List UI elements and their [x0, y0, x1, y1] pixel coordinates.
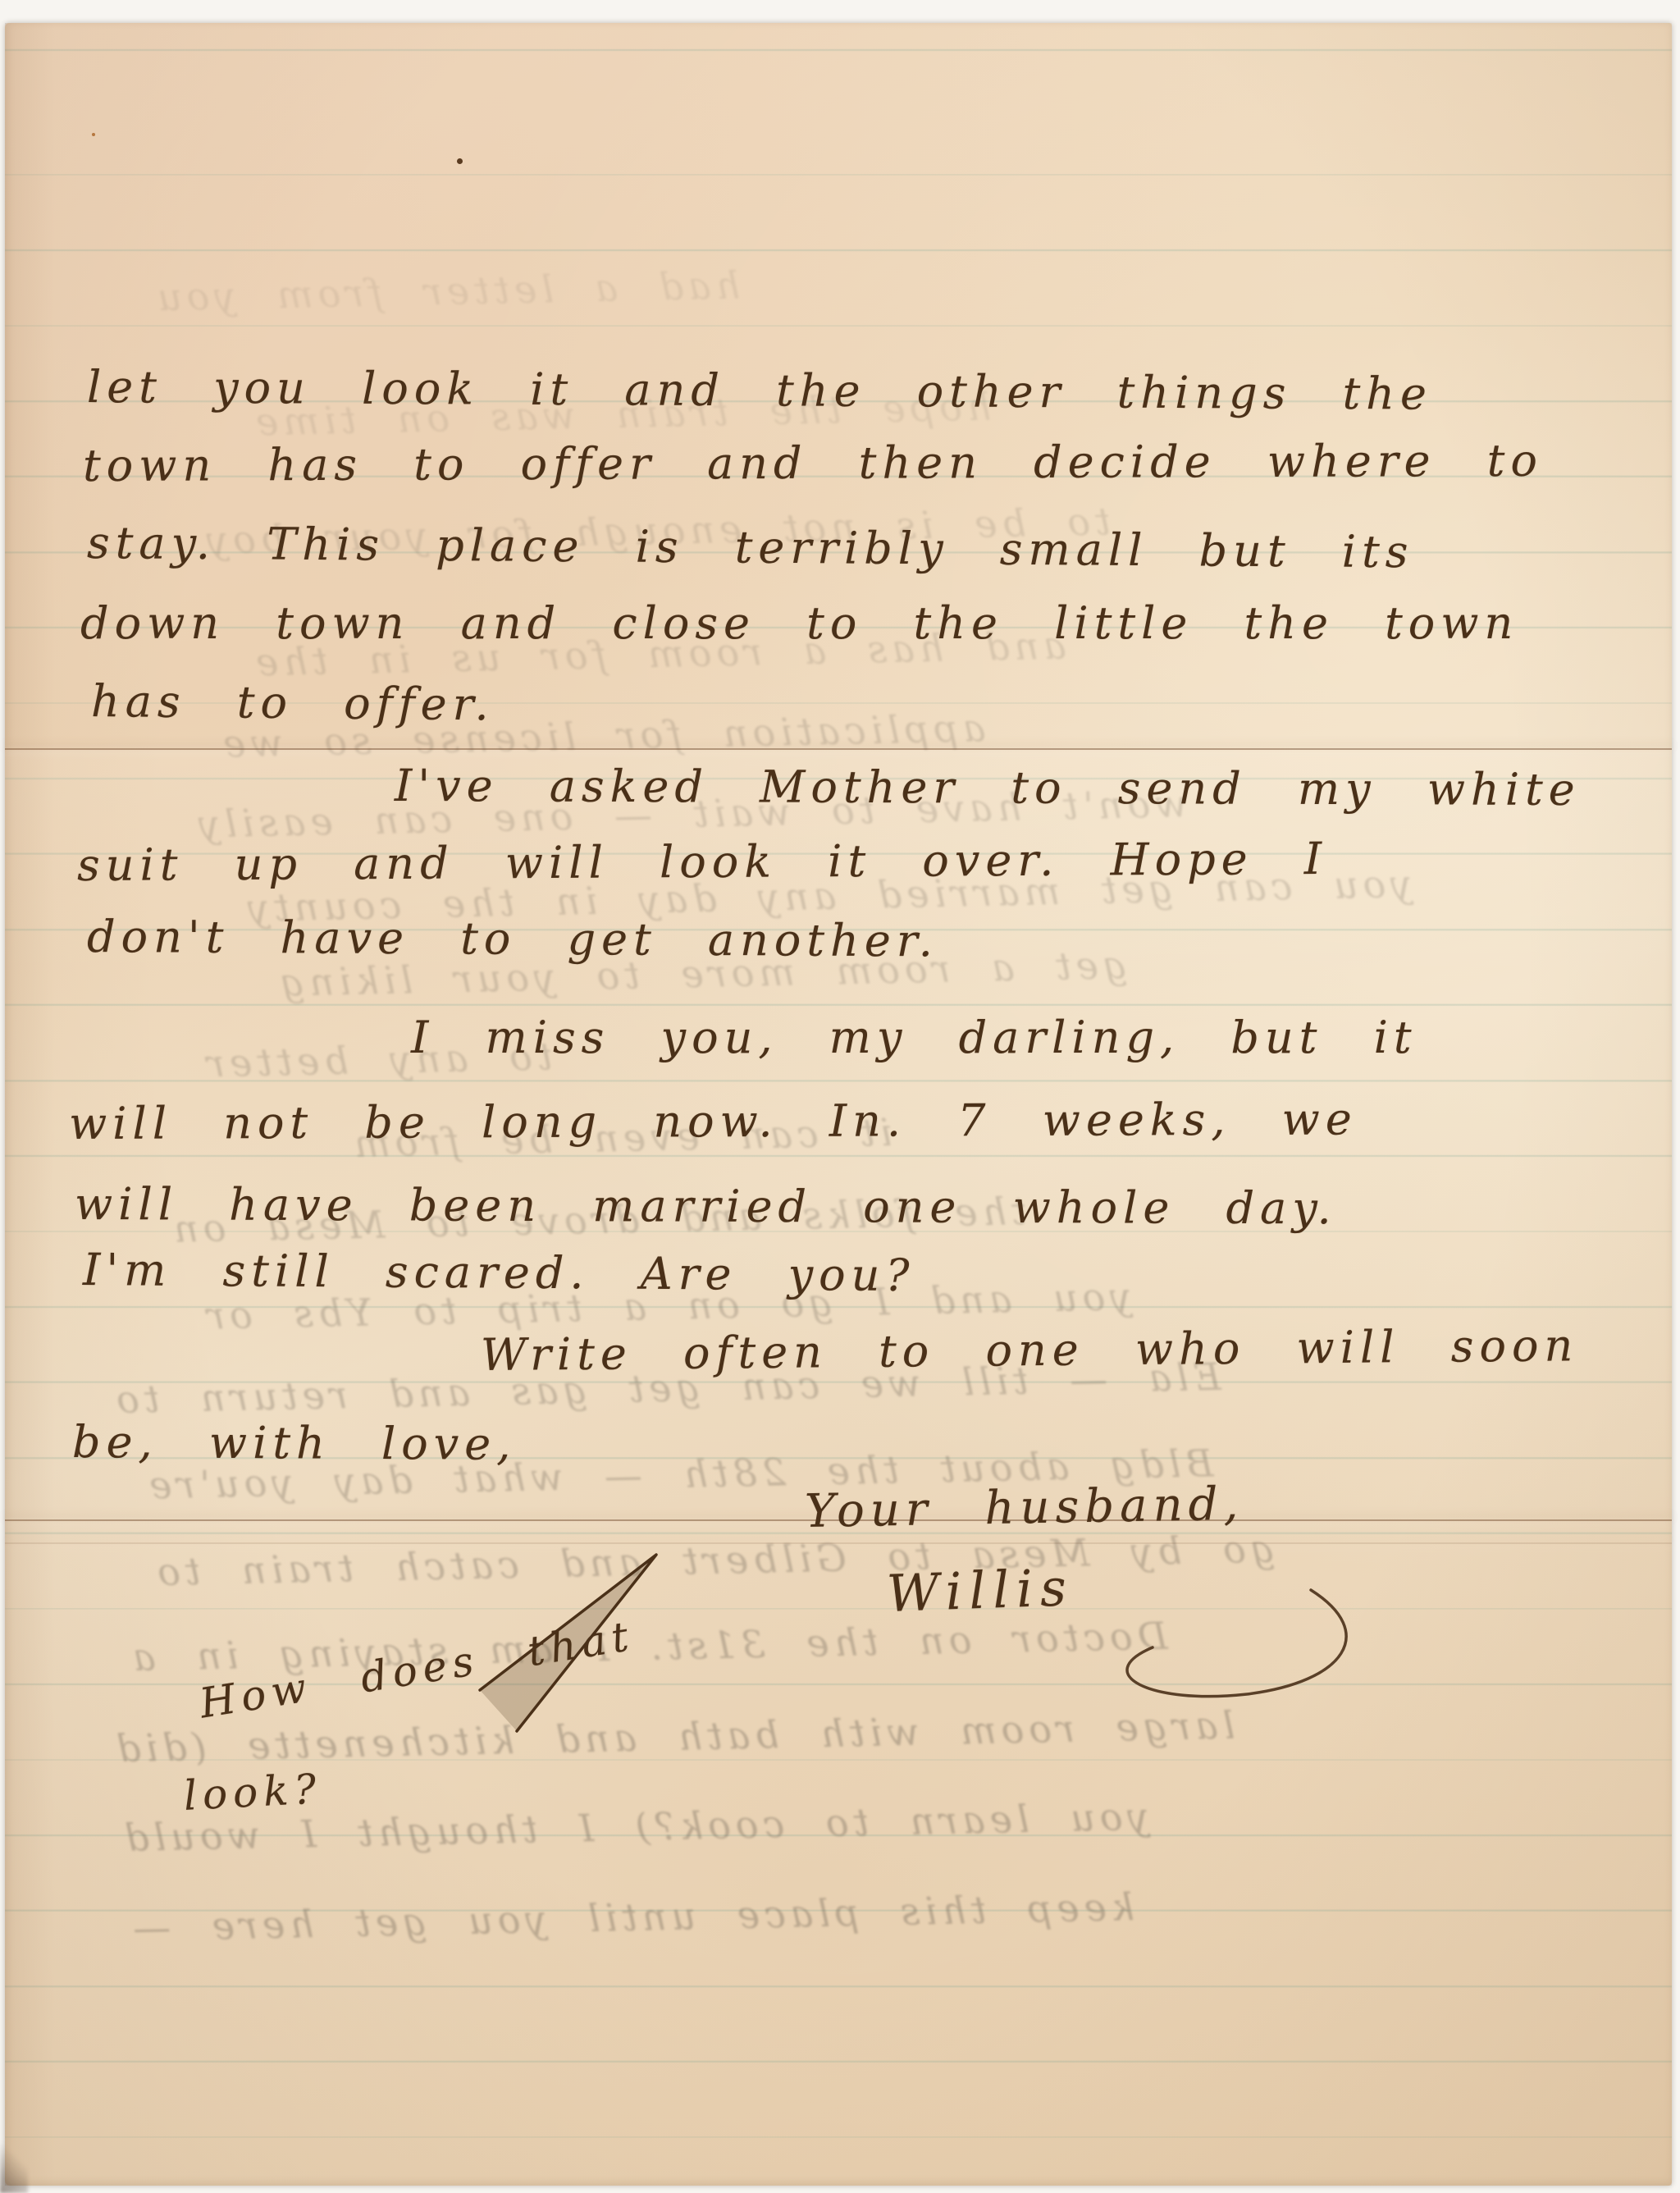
letter-line: be, with love, — [72, 1416, 517, 1470]
letter-line: down town and close to the little the to… — [80, 597, 1518, 649]
scan-corner-shadow — [0, 2131, 28, 2193]
letter-line: will not be long now. In. 7 weeks, we — [69, 1094, 1358, 1149]
letter-valediction: Your husband, — [804, 1478, 1244, 1538]
postscript-line: look? — [182, 1765, 322, 1820]
letter-line: town has to offer and then decide where … — [83, 435, 1543, 491]
letter-line: suit up and will look it over. Hope I — [77, 833, 1327, 891]
letter-line: I miss you, my darling, but it — [411, 1012, 1417, 1063]
letter-signature: Willis — [886, 1557, 1075, 1624]
letter-line: I've asked Mother to send my white — [395, 760, 1581, 816]
letter-line: stay. This place is terribly small but i… — [87, 517, 1414, 578]
letter-line: has to offer. — [91, 675, 495, 730]
letter-line: let you look it and the other things the — [87, 361, 1432, 420]
letter-paper: had a letter from you hope the train was… — [5, 23, 1672, 2186]
letter-line: don't have to get another. — [87, 911, 938, 966]
letter-line: will have been married one whole day. — [75, 1178, 1337, 1234]
letter-scan: had a letter from you hope the train was… — [0, 0, 1680, 2193]
ink-speck — [457, 158, 463, 164]
fold-crease-upper — [5, 748, 1672, 750]
fold-crease-lower-secondary — [5, 1542, 1672, 1544]
ink-speck — [92, 133, 95, 136]
letter-line: I'm still scared. Are you? — [83, 1244, 915, 1301]
letter-line: Write often to one who will soon — [481, 1319, 1579, 1381]
